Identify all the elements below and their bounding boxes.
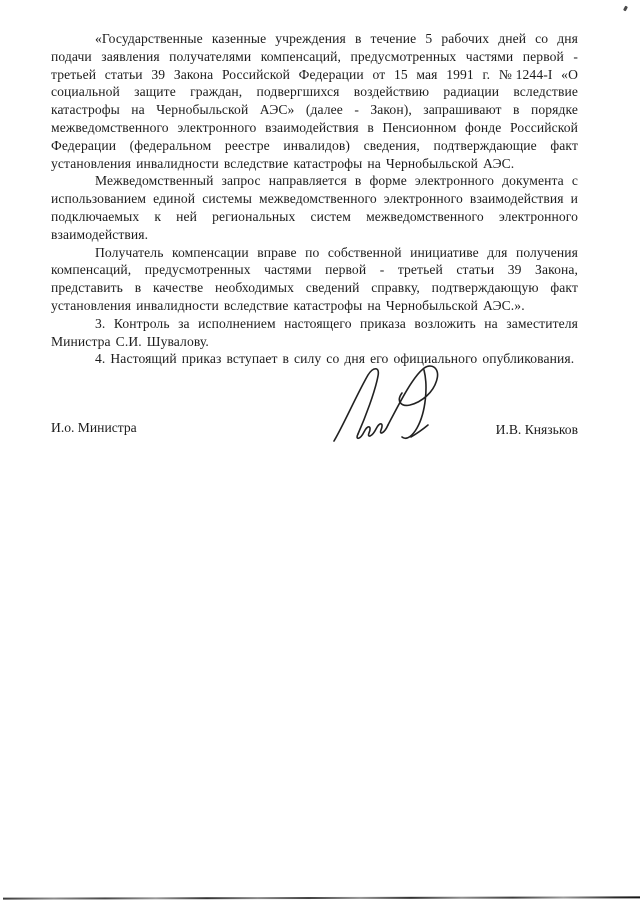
paragraph-recipient-right: Получатель компенсации вправе по собстве… <box>51 244 578 315</box>
scan-speck-artifact <box>623 6 628 12</box>
document-body: «Государственные казенные учреждения в т… <box>51 30 578 472</box>
scan-edge-line-artifact <box>3 896 640 899</box>
signature-block: И.о. Министра И.В. Князьков <box>51 412 578 472</box>
paragraph-state-institutions: «Государственные казенные учреждения в т… <box>51 30 578 172</box>
scanned-document-page: «Государственные казенные учреждения в т… <box>0 0 640 905</box>
handwritten-signature-icon <box>327 362 445 444</box>
signer-name-label: И.В. Князьков <box>496 422 578 438</box>
paragraph-item-3-control: 3. Контроль за исполнением настоящего пр… <box>51 315 578 351</box>
signer-position-label: И.о. Министра <box>51 420 137 436</box>
paragraph-interagency-request: Межведомственный запрос направляется в ф… <box>51 172 578 243</box>
paragraph-item-4-entry-into-force: 4. Настоящий приказ вступает в силу со д… <box>51 350 578 368</box>
